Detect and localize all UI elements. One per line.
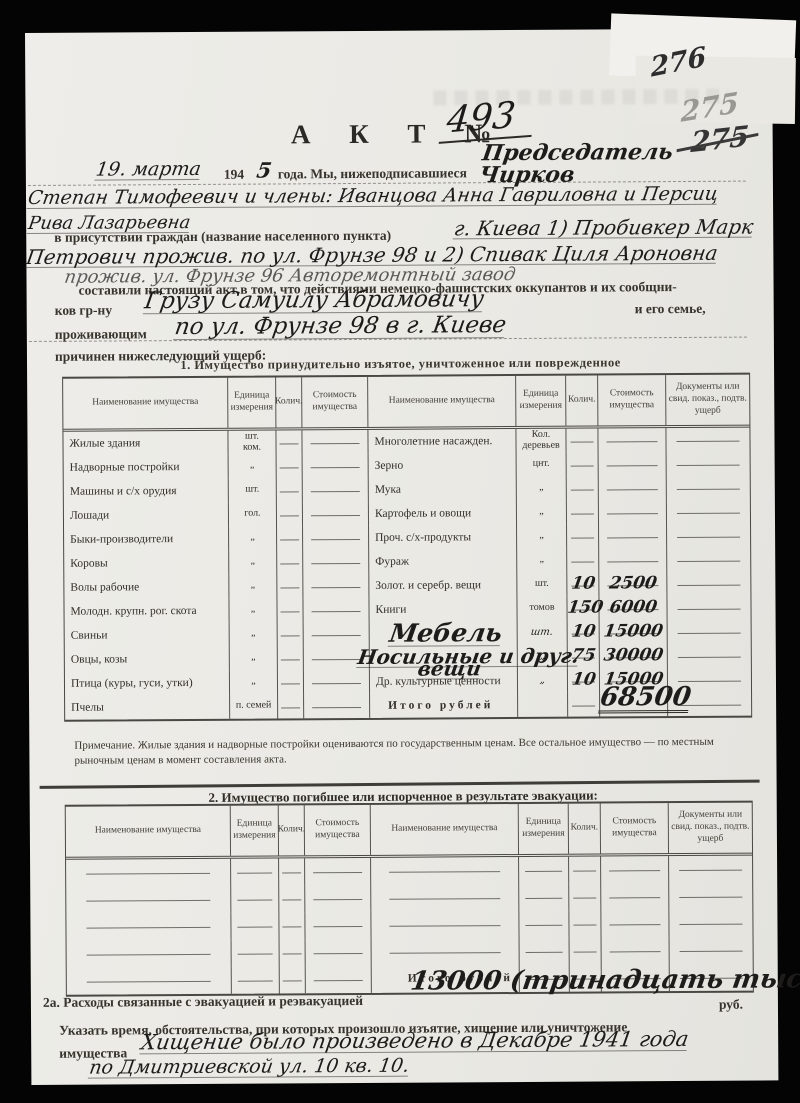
- cell-right-qty: 150: [567, 596, 599, 620]
- header-qty-left: Колич.: [276, 377, 302, 427]
- date-year-handwritten: 5: [255, 159, 273, 180]
- header-unit-left: Единица измерения: [228, 377, 276, 427]
- header-unit-right: Единица измерения: [516, 376, 566, 426]
- empty-cell: [601, 910, 669, 937]
- empty-cell: [279, 858, 305, 885]
- date-day-handwritten: 19. марта: [94, 160, 202, 181]
- empty-cell: [519, 910, 569, 937]
- cell-left-cost: [303, 550, 369, 574]
- empty-cell: [601, 883, 669, 910]
- cell-right-unit: [518, 692, 568, 716]
- section1-title: 1. Имущество принудительно изъятое, унич…: [27, 354, 774, 374]
- cell-left-cost: [303, 502, 369, 526]
- empty-cell: [602, 937, 670, 964]
- empty-cell: [280, 939, 306, 966]
- cell-total-label: Итого рублей: [370, 693, 518, 718]
- cell-right-cost: [599, 548, 667, 572]
- witness-1-handwritten: г. Киева 1) Пробивкер Марк: [453, 217, 755, 240]
- cell-left-name: Быки-производители: [64, 526, 229, 551]
- cell-docs: [667, 451, 750, 476]
- cell-right-qty: [567, 524, 599, 548]
- cell-left-qty: [276, 430, 302, 454]
- date-printed-century: 194: [224, 167, 244, 183]
- empty-cell: [232, 966, 280, 993]
- header-qty-left: Колич.: [279, 805, 305, 855]
- cell-right-qty: [567, 476, 599, 500]
- cell-left-name: Машины и с/х орудия: [64, 478, 229, 503]
- cell-left-name: Волы рабочие: [64, 574, 229, 599]
- cell-right-name: Мебель: [370, 621, 518, 646]
- cell-left-qty: [278, 622, 304, 646]
- empty-cell: [569, 910, 601, 937]
- cell-left-qty: [277, 574, 303, 598]
- cell-left-qty: [277, 526, 303, 550]
- header-cost-right: Стоимость имущества: [601, 803, 669, 853]
- cell-left-unit: шт.ком.: [228, 430, 276, 454]
- cell-left-qty: [277, 502, 303, 526]
- cell-left-unit: „: [229, 550, 277, 574]
- cell-left-unit: „: [230, 670, 278, 694]
- date-printed-rest: года. Мы, нижеподписавшиеся: [278, 165, 467, 182]
- cell-left-name: Жилые здания: [63, 430, 228, 455]
- cell-left-cost: [303, 598, 369, 622]
- cell-docs: [667, 499, 750, 524]
- cell-right-cost: 15000: [600, 620, 668, 644]
- table-total-row: Пчелы п. семей Итого рублей 68500: [65, 691, 751, 719]
- cell-right-name: Картофель и овощи: [369, 501, 517, 526]
- cell-right-cost: 2500: [599, 572, 667, 596]
- empty-cell: [519, 883, 569, 910]
- cell-right-cost: [599, 452, 667, 476]
- header-unit-right: Единица измерения: [519, 804, 569, 854]
- header-qty-right: Колич.: [569, 803, 601, 853]
- cell-right-unit: „: [517, 524, 567, 548]
- empty-cell: [371, 911, 519, 939]
- empty-cell: [569, 883, 601, 910]
- header-docs: Документы или свид. показ., подтв. ущерб: [669, 803, 752, 853]
- victim-prefix-printed: ков гр-ну: [55, 302, 112, 318]
- cell-right-unit: цнт.: [517, 452, 567, 476]
- cell-left-qty: [277, 454, 303, 478]
- cell-right-name: Золот. и серебр. вещи: [369, 573, 517, 598]
- cell-right-name: Зерно: [369, 453, 517, 478]
- cell-right-unit: „: [517, 476, 567, 500]
- cell-right-cost: [599, 500, 667, 524]
- empty-cell: [669, 909, 752, 937]
- empty-cell: [519, 856, 569, 883]
- empty-row: [66, 909, 752, 940]
- cell-total-value: 68500: [600, 692, 668, 716]
- cell-right-name: Фураж: [369, 549, 517, 574]
- victim-suffix-printed: и его семье,: [635, 301, 706, 317]
- act-number: 493: [439, 96, 535, 143]
- empty-cell: [231, 912, 279, 939]
- cell-left-name: Молодн. крупн. рог. скота: [64, 598, 229, 623]
- cell-left-unit: гол.: [229, 502, 277, 526]
- cell-right-qty: [567, 548, 599, 572]
- cell-left-cost: [304, 694, 370, 718]
- cell-left-name: Лошади: [64, 502, 229, 527]
- table-note: Примечание. Жилые здания и надворные пос…: [74, 735, 734, 769]
- cell-left-cost: [303, 574, 369, 598]
- cell-docs: [667, 571, 750, 596]
- cell-docs: [666, 427, 749, 452]
- cell-left-qty: [277, 598, 303, 622]
- cell-left-cost: [303, 478, 369, 502]
- cell-right-name: Мука: [369, 477, 517, 502]
- cell-right-unit: шт.: [517, 572, 567, 596]
- header-cost-left: Стоимость имущества: [302, 377, 368, 427]
- header-cost-right: Стоимость имущества: [598, 375, 666, 425]
- cell-left-unit: „: [229, 574, 277, 598]
- cell-left-cost: [304, 622, 370, 646]
- cell-right-cost: 6000: [599, 596, 667, 620]
- table1-header: Наименование имущества Единица измерения…: [63, 375, 749, 432]
- cell-docs: [667, 595, 750, 620]
- cell-left-cost: [303, 454, 369, 478]
- empty-row: [66, 855, 752, 886]
- header-qty-right: Колич.: [566, 376, 598, 426]
- cell-right-qty: [567, 452, 599, 476]
- empty-cell: [601, 856, 669, 883]
- cell-left-qty: [278, 646, 304, 670]
- empty-cell: [67, 966, 232, 994]
- cell-left-qty: [278, 670, 304, 694]
- empty-cell: [232, 939, 280, 966]
- empty-cell: [371, 857, 519, 885]
- cell-right-name: Проч. с/х-продукты: [369, 525, 517, 550]
- cell-right-unit: Кол. деревьев: [516, 428, 566, 452]
- cell-right-qty: 10: [568, 620, 600, 644]
- cell-right-name: Многолетние насажден.: [368, 429, 516, 454]
- section2a-label: 2а. Расходы связанные с эвакуацией и реэ…: [43, 993, 363, 1011]
- empty-cell: [280, 966, 306, 993]
- cell-left-name: Надворные постройки: [64, 454, 229, 479]
- chairman-name-handwritten: Председатель Чирков: [477, 140, 776, 186]
- empty-cell: [670, 936, 753, 964]
- header-docs: Документы или свид. показ., подтв. ущерб: [666, 375, 749, 425]
- empty-cell: [669, 882, 752, 910]
- empty-cell: [231, 858, 279, 885]
- empty-cell: [67, 939, 232, 967]
- cell-right-unit: томов: [517, 596, 567, 620]
- cell-docs: [667, 523, 750, 548]
- cell-docs: [668, 643, 751, 668]
- cell-left-unit: „: [230, 622, 278, 646]
- header-name-left: Наименование имущества: [63, 378, 228, 429]
- cell-left-name: Коровы: [64, 550, 229, 575]
- cell-left-unit: „: [229, 454, 277, 478]
- cell-left-qty: [278, 694, 304, 718]
- header-unit-left: Единица измерения: [231, 805, 279, 855]
- header-name-right: Наименование имущества: [371, 804, 519, 855]
- empty-row: [66, 882, 752, 913]
- cell-right-cost: [598, 428, 666, 452]
- theft-description-handwritten: Хищение было произведено в Декабре 1941 …: [139, 1029, 689, 1054]
- cell-left-unit: „: [229, 526, 277, 550]
- empty-cell: [305, 858, 371, 885]
- empty-row: [67, 936, 753, 967]
- cell-right-qty: 10: [567, 572, 599, 596]
- cell-right-qty: [566, 428, 598, 452]
- empty-cell: [570, 937, 602, 964]
- empty-cell: [371, 884, 519, 912]
- empty-cell: [306, 939, 372, 966]
- cell-left-qty: [277, 478, 303, 502]
- empty-cell: [279, 885, 305, 912]
- commission-members-handwritten: Степан Тимофеевич и члены: Иванцова Анна…: [26, 185, 719, 209]
- empty-cell: [66, 885, 231, 913]
- empty-cell: [669, 855, 752, 883]
- cell-left-cost: [304, 670, 370, 694]
- cell-right-cost: [599, 524, 667, 548]
- cell-left-unit: „: [230, 646, 278, 670]
- evacuation-cost-handwritten: 13000 (тринадцать тысяч): [409, 966, 800, 995]
- empty-cell: [305, 912, 371, 939]
- cell-right-cost: 30000: [600, 644, 668, 668]
- cell-left-cost: [303, 526, 369, 550]
- damage-table-1: Наименование имущества Единица измерения…: [62, 373, 752, 722]
- cell-right-cost: [599, 476, 667, 500]
- cell-left-name: Птица (куры, гуси, утки): [65, 670, 230, 695]
- victim-address-handwritten: по ул. Фрунзе 98 в г. Киеве: [173, 314, 508, 340]
- cell-right-qty: [567, 500, 599, 524]
- empty-cell: [66, 912, 231, 940]
- empty-cell: [305, 885, 371, 912]
- empty-cell: [520, 937, 570, 964]
- empty-cell: [372, 938, 520, 966]
- victim-name-handwritten: Грузу Самуилу Абрамовичу: [143, 288, 486, 314]
- cell-left-unit: п. семей: [230, 694, 278, 718]
- cell-left-name: Пчелы: [65, 694, 230, 719]
- ruble-unit-label: руб.: [719, 997, 743, 1013]
- cell-docs: [667, 475, 750, 500]
- cell-docs: [667, 547, 750, 572]
- empty-cell: [306, 966, 372, 993]
- empty-cell: [569, 856, 601, 883]
- empty-cell: [279, 912, 305, 939]
- cell-right-qty: 10: [568, 668, 600, 692]
- theft-address-handwritten: по Дмитриевской ул. 10 кв. 10.: [88, 1057, 411, 1079]
- empty-cell: [231, 885, 279, 912]
- cell-left-unit: шт.: [229, 478, 277, 502]
- cell-left-cost: [302, 430, 368, 454]
- cell-right-unit: „: [517, 548, 567, 572]
- header-name-left: Наименование имущества: [66, 806, 231, 857]
- cell-left-qty: [277, 550, 303, 574]
- header-cost-left: Стоимость имущества: [305, 805, 371, 855]
- cell-right-name: вещиДр. культурные ценности: [370, 669, 518, 694]
- cell-right-qty: [568, 692, 600, 716]
- scanned-document-page: 276 275 275 А К Т № 493 19. марта 194 5 …: [25, 28, 778, 1085]
- cell-left-name: Овцы, козы: [65, 646, 230, 671]
- table2-header: Наименование имущества Единица измерения…: [66, 803, 752, 860]
- header-name-right: Наименование имущества: [368, 376, 516, 427]
- empty-cell: [66, 858, 231, 886]
- cell-right-unit: „: [517, 500, 567, 524]
- cell-right-unit: „: [518, 668, 568, 692]
- cell-left-name: Свиньи: [65, 622, 230, 647]
- cell-left-unit: „: [229, 598, 277, 622]
- cell-docs: [668, 619, 751, 644]
- cell-right-unit: шт.: [518, 620, 568, 644]
